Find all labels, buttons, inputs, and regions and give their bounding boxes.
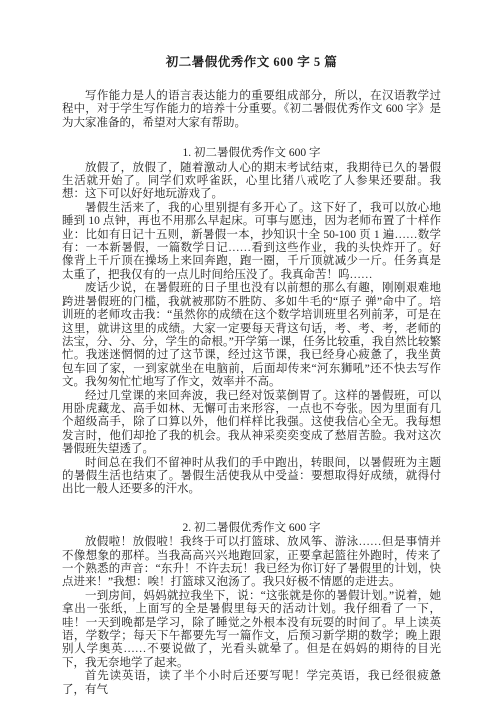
intro-paragraph: 写作能力是人的语言表达能力的重要组成部分，所以，在汉语教学过程中，对于学生写作能… — [62, 90, 441, 130]
section-1-heading: 1. 初二暑假优秀作文 600 字 — [62, 147, 441, 160]
section-1-paragraph-2: 暑假生活来了，我的心里别提有多开心了。这下好了，我可以放心地睡到 10 点钟，再… — [62, 202, 441, 282]
section-2-paragraph-1: 放假啦！放假啦！我终于可以打篮球、放风筝、游泳……但是事情并不像想象的那样。当我… — [62, 536, 441, 590]
document-page: 初二暑假优秀作文 600 字 5 篇 写作能力是人的语言表达能力的重要组成部分，… — [0, 0, 500, 708]
section-1-paragraph-5: 时间总在我们不留神时从我们的手中跑出，转眼间，以暑假班为主题的暑假生活也结束了。… — [62, 457, 441, 497]
section-2-paragraph-3: 首先读英语，读了半个小时后还要写呢！学完英语，我已经很疲惫了，有气 — [62, 670, 441, 697]
section-1-paragraph-4: 经过几堂课的来回奔波，我已经对饭菜倒胃了。这样的暑假班，可以用卧虎藏龙、高手如林… — [62, 390, 441, 457]
section-2-heading: 2. 初二暑假优秀作文 600 字 — [62, 522, 441, 535]
section-1-paragraph-1: 放假了，放假了，随着激动人心的期末考试结束，我期待已久的暑假生活就开始了。同学们… — [62, 162, 441, 202]
section-1-paragraph-3: 废话少说，在暑假班的日子里也没有以前想的那么有趣，刚刚艰难地跨进暑假班的门槛，我… — [62, 282, 441, 389]
document-title: 初二暑假优秀作文 600 字 5 篇 — [62, 55, 441, 70]
section-2-paragraph-2: 一到房间，妈妈就拉我坐下，说：“这张就是你的暑假计划。”说着，她拿出一张纸，上面… — [62, 590, 441, 670]
